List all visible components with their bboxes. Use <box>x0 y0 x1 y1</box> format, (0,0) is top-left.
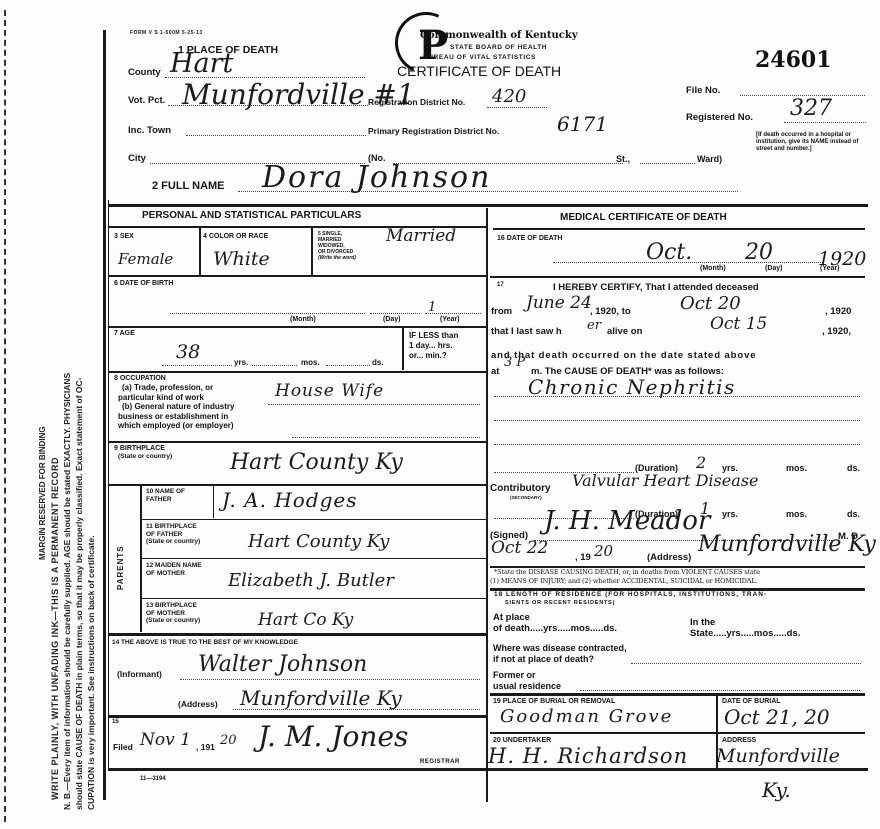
disease-contracted: Where was disease contracted, if not at … <box>493 643 627 665</box>
city-label: City <box>128 153 146 164</box>
dob-label: 6 DATE OF BIRTH <box>114 280 173 287</box>
father-name-label-line1: 10 NAME OF <box>146 488 185 496</box>
ward-underline[interactable] <box>640 163 695 164</box>
birthplace-caption: (State or country) <box>118 453 172 460</box>
informant-value[interactable]: Walter Johnson <box>198 652 367 677</box>
margin-instructions-1: N. B.—Every item of information should b… <box>62 373 72 810</box>
column-divider <box>486 208 488 802</box>
margin-instructions-2: should state CAUSE OF DEATH in plain ter… <box>74 378 84 811</box>
mother-birthplace-label-line1: 13 BIRTHPLACE <box>146 602 200 610</box>
occupation-a-line1: (a) Trade, profession, or <box>118 383 234 393</box>
less-than-line3: or... min.? <box>409 351 458 361</box>
informant-bottom-rule <box>108 715 486 718</box>
burial-place-label: 19 PLACE OF BURIAL OR REMOVAL <box>493 698 615 705</box>
alive-on-label: alive on <box>607 326 642 337</box>
dob-day-caption: (Day) <box>383 316 401 323</box>
registration-district-label: Registration District No. <box>368 97 465 107</box>
registered-no-underline <box>784 122 866 123</box>
dob-year-caption: (Year) <box>440 316 459 323</box>
mother-birthplace-caption: (State or country) <box>146 617 200 625</box>
age-years-underline <box>162 365 232 366</box>
dod-day-caption: (Day) <box>765 265 783 272</box>
signed-date-value[interactable]: Oct 22 <box>491 538 548 558</box>
father-birthplace-label: 11 BIRTHPLACE OF FATHER (State or countr… <box>146 523 200 546</box>
former-line1: Former or <box>493 670 561 681</box>
marital-label: 5 SINGLE, MARRIED WIDOWED, OR DIVORCED (… <box>318 231 356 261</box>
marital-label-line5: (Write the word) <box>318 255 356 261</box>
medical-section-title: MEDICAL CERTIFICATE OF DEATH <box>560 212 727 223</box>
age-days-underline[interactable] <box>326 365 370 366</box>
age-yrs-caption: yrs. <box>234 358 248 367</box>
bureau-vital-stats: BUREAU OF VITAL STATISTICS <box>423 54 536 61</box>
father-birthplace-caption: (State or country) <box>146 538 200 546</box>
full-name-value[interactable]: Dora Johnson <box>262 160 491 195</box>
sex-label: 3 SEX <box>114 233 134 240</box>
dod-day-value[interactable]: 20 <box>745 240 773 265</box>
dod-bottom-rule <box>490 276 865 278</box>
father-name-label: 10 NAME OF FATHER <box>146 488 185 503</box>
age-months-underline[interactable] <box>252 365 297 366</box>
mother-name-value[interactable]: Elizabeth J. Butler <box>228 570 394 591</box>
row-rule-2 <box>108 326 486 328</box>
sex-race-divider <box>199 227 201 275</box>
mother-name-label-line2: OF MOTHER <box>146 570 202 578</box>
margin-reserved-text: MARGIN RESERVED FOR BINDING <box>38 426 47 560</box>
mother-name-label-line1: 12 MAIDEN NAME <box>146 562 202 570</box>
section-title-rule-right <box>493 228 865 230</box>
commonwealth-title: Commonwealth of Kentucky <box>420 30 578 41</box>
age-years-value[interactable]: 38 <box>176 341 200 363</box>
perforation-line <box>4 10 6 822</box>
occupation-value[interactable]: House Wife <box>275 381 384 401</box>
dob-month-caption: (Month) <box>290 316 316 323</box>
parents-bottom-rule <box>108 633 486 636</box>
contracted-underline[interactable] <box>631 663 861 664</box>
contracted-line1: Where was disease contracted, <box>493 643 627 654</box>
burial-place-value[interactable]: Goodman Grove <box>500 706 673 727</box>
filed-year-value[interactable]: 20 <box>220 733 237 748</box>
street-label: St., <box>616 154 630 164</box>
form-code: FORM V S 1-500M 5-25-13 <box>130 30 203 36</box>
undertaker-address-value[interactable]: Munfordville <box>716 745 840 767</box>
mother-name-label: 12 MAIDEN NAME OF MOTHER <box>146 562 202 577</box>
registered-no-value[interactable]: 327 <box>790 96 832 121</box>
last-saw-date-value[interactable]: Oct 15 <box>710 314 767 334</box>
contributory-duration-mos: mos. <box>786 509 807 519</box>
occupation-b-line2: business or establishment in <box>118 412 234 422</box>
last-saw-year: , 1920, <box>822 326 851 337</box>
attended-to-value[interactable]: Oct 20 <box>680 293 741 314</box>
to-year-text: , 1920 <box>825 306 851 317</box>
primary-district-value[interactable]: 6171 <box>557 112 608 136</box>
less-than-line1: IF LESS than <box>409 331 458 341</box>
row-rule-4 <box>108 441 486 443</box>
burial-date-value[interactable]: Oct 21, 20 <box>724 705 830 729</box>
full-name-label: 2 FULL NAME <box>152 180 225 192</box>
dod-year-caption: (Year) <box>820 265 839 272</box>
row-rule-5 <box>108 484 486 486</box>
age-mos-caption: mos. <box>301 358 320 367</box>
cause-line-3[interactable] <box>494 444 860 445</box>
physician-address-label: (Address) <box>647 552 691 563</box>
board-of-health: STATE BOARD OF HEALTH <box>450 44 547 51</box>
race-label: 4 COLOR OR RACE <box>203 233 268 240</box>
filed-year-prefix: , 191 <box>196 742 215 752</box>
hospital-note: [If death occurred in a hospital or inst… <box>756 132 868 153</box>
birthplace-value[interactable]: Hart County Ky <box>230 450 403 475</box>
inc-town-label: Inc. Town <box>128 125 171 136</box>
cause-line-1 <box>494 396 860 397</box>
certify-text: I HEREBY CERTIFY, That I attended deceas… <box>553 282 759 293</box>
burial-bottom-rule <box>490 732 865 734</box>
undertaker-value[interactable]: H. H. Richardson <box>488 744 688 768</box>
header-divider <box>108 204 868 207</box>
dob-day-underline[interactable] <box>370 313 420 314</box>
cause-duration-ds: ds. <box>847 463 860 473</box>
filed-label: Filed <box>113 742 133 752</box>
occupation-a-underline <box>268 404 480 405</box>
parents-rule-3 <box>140 598 486 599</box>
cause-duration-value[interactable]: 2 <box>696 453 706 472</box>
former-residence: Former or usual residence <box>493 670 561 692</box>
personal-section-title: PERSONAL AND STATISTICAL PARTICULARS <box>142 210 361 221</box>
at-place-of-death[interactable]: At place of death.....yrs.....mos.....ds… <box>493 612 617 634</box>
row-rule-3 <box>108 371 486 373</box>
less-than-line2: 1 day... hrs. <box>409 341 458 351</box>
contributory-duration-ds: ds. <box>847 509 860 519</box>
residence-header-2: SIENTS OR RECENT RESIDENTS) <box>505 600 615 606</box>
informant-label: (Informant) <box>117 669 162 679</box>
less-than-day-box: IF LESS than 1 day... hrs. or... min.? <box>409 331 458 361</box>
father-label-divider <box>213 484 214 518</box>
contracted-line2: if not at place of death? <box>493 654 627 665</box>
margin-write-plainly-text: WRITE PLAINLY, WITH UNFADING INK—THIS IS… <box>50 457 60 800</box>
father-birthplace-label-line1: 11 BIRTHPLACE <box>146 523 200 531</box>
burial-date-label: DATE OF BURIAL <box>722 698 781 705</box>
filed-bottom-rule <box>108 768 868 771</box>
occupation-a-line2: particular kind of work <box>118 393 234 403</box>
father-birthplace-value[interactable]: Hart County Ky <box>248 531 389 552</box>
signed-year-prefix: , 19 <box>575 552 591 563</box>
ward-label: Ward) <box>697 154 722 164</box>
at-label: at <box>491 366 499 377</box>
mother-birthplace-value[interactable]: Hart Co Ky <box>258 610 353 630</box>
mother-birthplace-label-line2: OF MOTHER <box>146 610 200 618</box>
dod-label: 16 DATE OF DEATH <box>497 235 562 242</box>
item-17-label: 17 <box>497 282 504 288</box>
dod-month-value[interactable]: Oct. <box>646 240 692 265</box>
time-of-death-value[interactable]: 3 P <box>504 355 525 370</box>
margin-instructions-3: CUPATION is very important. See instruct… <box>86 535 96 810</box>
undertaker-label: 20 UNDERTAKER <box>493 737 551 744</box>
race-marital-divider <box>311 227 313 275</box>
primary-district-label: Primary Registration District No. <box>368 126 499 136</box>
occupation-label: 8 OCCUPATION <box>114 375 166 382</box>
form-left-border <box>103 30 106 800</box>
occupation-b-line1: (b) General nature of industry <box>118 402 234 412</box>
father-birthplace-label-line2: OF FATHER <box>146 531 200 539</box>
certificate-number: 24601 <box>755 47 832 73</box>
former-line2: usual residence <box>493 681 561 692</box>
death-occurred-text: and that death occurred on the date stat… <box>491 350 756 361</box>
from-label: from <box>491 306 512 317</box>
from-year-text: , 1920, to <box>590 306 631 317</box>
in-the-state[interactable]: In the State.....yrs.....mos.....ds. <box>690 617 800 639</box>
at-place-line2: of death.....yrs.....mos.....ds. <box>493 623 617 634</box>
residence-header-1: 18 LENGTH OF RESIDENCE (FOR HOSPITALS, I… <box>494 591 767 598</box>
contributory-label: Contributory <box>490 483 551 494</box>
in-state-line2: State.....yrs.....mos.....ds. <box>690 628 800 639</box>
cause-duration-mos: mos. <box>786 463 807 473</box>
informant-header: 14 THE ABOVE IS TRUE TO THE BEST OF MY K… <box>112 639 298 646</box>
file-no-label: File No. <box>686 85 720 96</box>
race-value[interactable]: White <box>213 248 270 270</box>
parents-label: PARENTS <box>116 545 125 590</box>
age-less-divider <box>402 326 404 370</box>
in-state-line1: In the <box>690 617 800 628</box>
physician-signature[interactable]: J. H. Meador <box>544 506 710 536</box>
residence-bottom-rule <box>490 693 865 696</box>
birthplace-label: 9 BIRTHPLACE <box>114 445 165 452</box>
registrar-label: REGISTRAR <box>420 759 460 765</box>
informant-address-label: (Address) <box>178 699 218 709</box>
county-value[interactable]: Hart <box>170 48 233 79</box>
physician-address-value[interactable]: Munfordville Ky <box>698 532 876 557</box>
occupation-b-underline[interactable] <box>292 437 480 438</box>
mother-birthplace-label: 13 BIRTHPLACE OF MOTHER (State or countr… <box>146 602 200 625</box>
informant-address-value[interactable]: Munfordville Ky <box>240 686 402 710</box>
father-name-label-line2: FATHER <box>146 496 185 504</box>
occupation-a-text: (a) Trade, profession, or particular kin… <box>118 383 234 431</box>
parents-rule-1 <box>140 519 486 520</box>
dod-month-caption: (Month) <box>700 265 726 272</box>
registration-district-value[interactable]: 420 <box>492 86 526 107</box>
sex-value[interactable]: Female <box>118 250 173 268</box>
row-rule-1 <box>108 275 486 277</box>
last-saw-pronoun[interactable]: er <box>587 318 601 333</box>
form-footer-code: 11—3194 <box>140 776 166 782</box>
cause-line-2[interactable] <box>494 420 860 421</box>
contributory-value[interactable]: Valvular Heart Disease <box>572 471 758 490</box>
at-place-line1: At place <box>493 612 617 623</box>
informant-underline <box>180 679 480 680</box>
registered-no-label: Registered No. <box>686 112 753 123</box>
contributory-duration-yrs: yrs. <box>722 509 738 519</box>
former-residence-underline[interactable] <box>580 690 860 691</box>
marital-value[interactable]: Married <box>386 226 456 246</box>
inc-town-underline[interactable] <box>186 135 366 136</box>
undertaker-address-state[interactable]: Ky. <box>762 778 791 802</box>
vot-pct-label: Vot. Pct. <box>128 95 165 106</box>
age-label: 7 AGE <box>114 330 135 337</box>
dob-month-underline[interactable] <box>170 313 365 314</box>
signed-year-value[interactable]: 20 <box>594 542 613 560</box>
undertaker-address-label: ADDRESS <box>722 737 756 744</box>
age-ds-caption: ds. <box>372 358 384 367</box>
registrar-signature[interactable]: J. M. Jones <box>258 720 408 753</box>
last-saw-label: that I last saw h <box>491 326 562 337</box>
certificate-title: CERTIFICATE OF DEATH <box>397 63 561 79</box>
filed-date-value[interactable]: Nov 1 <box>140 730 191 750</box>
attended-from-value[interactable]: June 24 <box>526 293 592 313</box>
footnote-line1: *State the DISEASE CAUSING DEATH, or, in… <box>494 568 760 576</box>
dob-year-underline <box>425 313 481 314</box>
item-15-label: 15 <box>112 719 119 725</box>
occupation-b-line3: which employed (or employer) <box>118 421 234 431</box>
parents-rule-2 <box>140 558 486 559</box>
footnote-line2: (1) MEANS OF INJURY; and (2) whether ACC… <box>490 577 758 585</box>
county-label: County <box>128 67 161 78</box>
secondary-caption: (SECONDARY) <box>510 495 542 500</box>
registration-district-underline <box>487 107 547 108</box>
father-name-value[interactable]: J. A. Hodges <box>222 488 358 512</box>
